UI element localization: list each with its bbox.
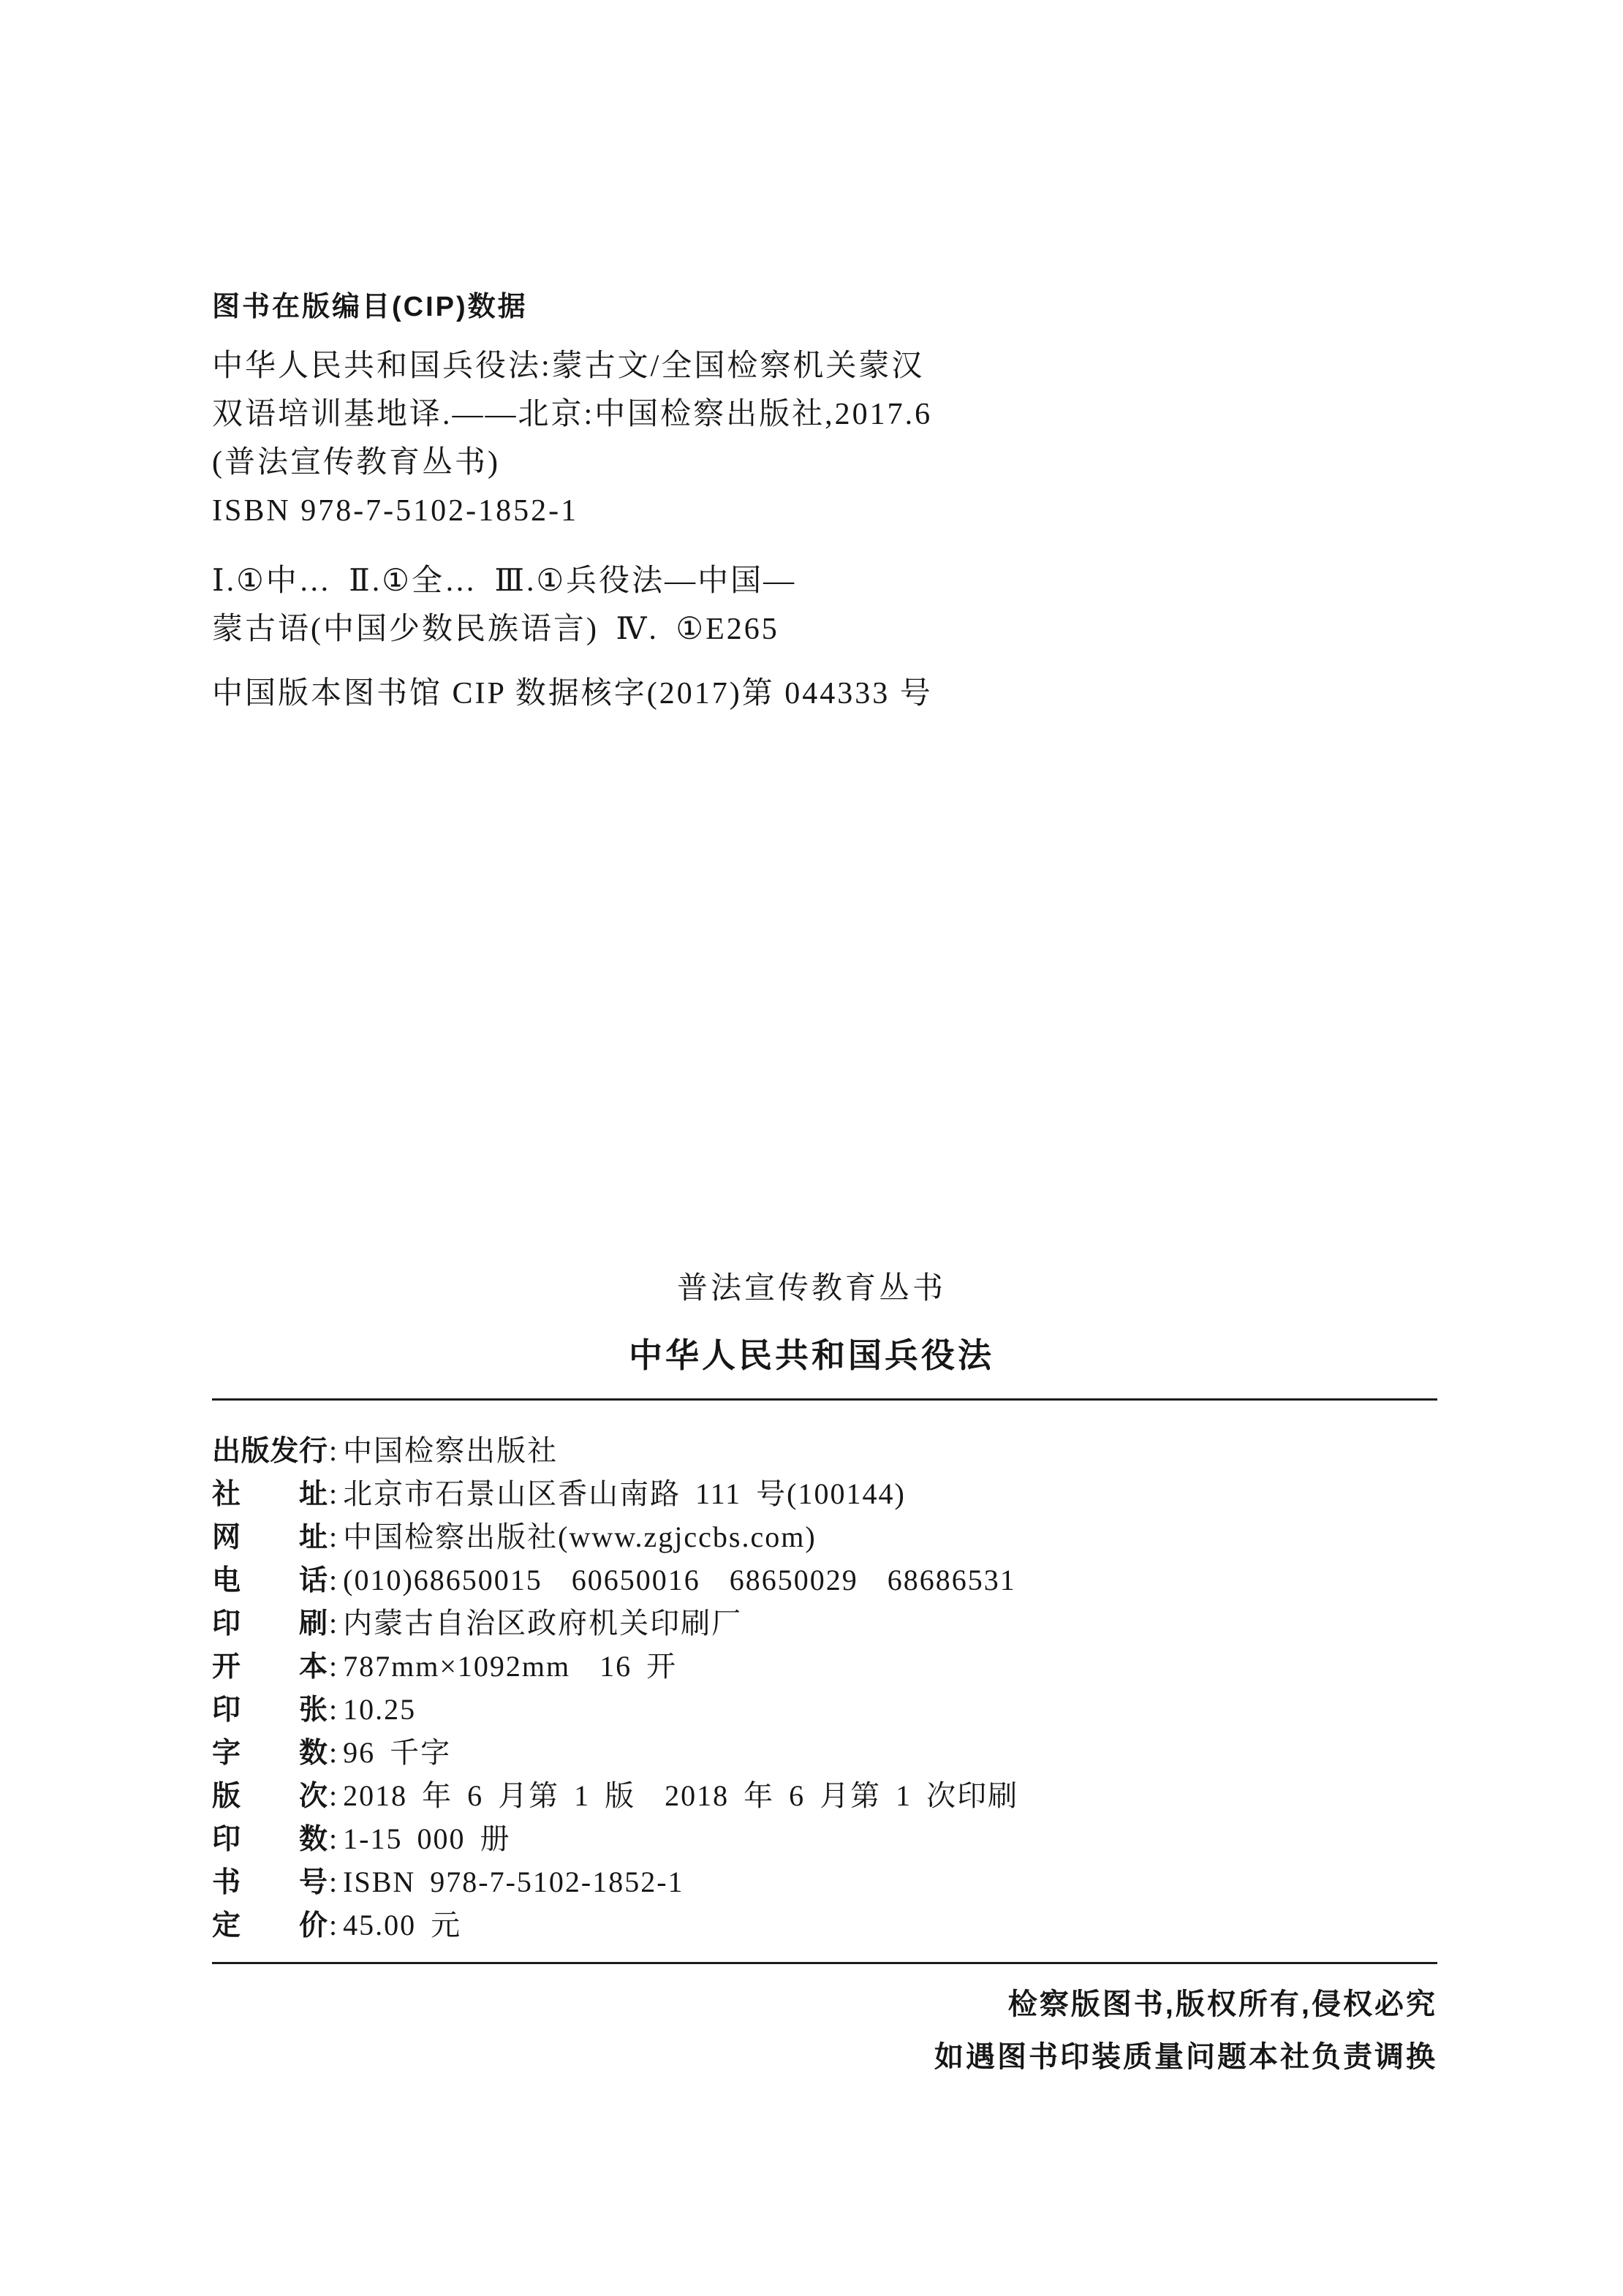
divider-line-top (212, 1398, 1437, 1401)
pubinfo-colon: : (328, 1473, 343, 1515)
pubinfo-row: 网址:中国检察出版社(www.zgjccbs.com) (212, 1516, 1437, 1559)
pubinfo-value: (010)68650015 60650016 68650029 68686531 (343, 1559, 1016, 1602)
cip-data-block: 图书在版编目(CIP)数据 中华人民共和国兵役法:蒙古文/全国检察机关蒙汉 双语… (212, 292, 1250, 718)
pubinfo-value: 787mm×1092mm 16 开 (343, 1645, 677, 1688)
pubinfo-value: 内蒙古自治区政府机关印刷厂 (343, 1602, 742, 1645)
pubinfo-value: 2018 年 6 月第 1 版 2018 年 6 月第 1 次印刷 (343, 1775, 1018, 1817)
pubinfo-label: 电话 (212, 1560, 328, 1602)
pubinfo-row: 电话:(010)68650015 60650016 68650029 68686… (212, 1559, 1437, 1602)
pubinfo-value: 1-15 000 册 (343, 1818, 510, 1860)
copyright-notice-line: 如遇图书印装质量问题本社负责调换 (934, 2031, 1437, 2083)
pubinfo-row: 印数:1-15 000 册 (212, 1818, 1437, 1861)
pubinfo-label: 社址 (212, 1474, 328, 1516)
pubinfo-label: 出版发行 (212, 1431, 328, 1473)
pubinfo-row: 定价:45.00 元 (212, 1904, 1437, 1947)
pubinfo-row: 印刷:内蒙古自治区政府机关印刷厂 (212, 1602, 1437, 1645)
pubinfo-label: 定价 (212, 1905, 328, 1947)
publication-info: 出版发行:中国检察出版社社址:北京市石景山区香山南路 111 号(100144)… (212, 1430, 1437, 1947)
pubinfo-value: 10.25 (343, 1689, 416, 1731)
pubinfo-row: 版次:2018 年 6 月第 1 版 2018 年 6 月第 1 次印刷 (212, 1775, 1437, 1818)
pubinfo-colon: : (328, 1602, 343, 1645)
pubinfo-colon: : (328, 1645, 343, 1688)
pubinfo-label: 开本 (212, 1646, 328, 1689)
pubinfo-colon: : (328, 1559, 343, 1602)
cip-isbn-line: ISBN 978-7-5102-1852-1 (212, 487, 1250, 535)
pubinfo-colon: : (328, 1818, 343, 1860)
series-title: 普法宣传教育丛书 (0, 1272, 1623, 1306)
cip-heading: 图书在版编目(CIP)数据 (212, 292, 1250, 322)
pubinfo-value: 45.00 元 (343, 1904, 461, 1947)
pubinfo-label: 印张 (212, 1689, 328, 1732)
pubinfo-value: 96 千字 (343, 1732, 451, 1774)
pubinfo-value: ISBN 978-7-5102-1852-1 (343, 1861, 684, 1903)
pubinfo-label: 印刷 (212, 1603, 328, 1645)
divider-line-bottom (212, 1962, 1437, 1964)
cip-description: 中华人民共和国兵役法:蒙古文/全国检察机关蒙汉 双语培训基地译.——北京:中国检… (212, 342, 1250, 535)
copyright-notice-line: 检察版图书,版权所有,侵权必究 (934, 1978, 1437, 2031)
pubinfo-colon: : (328, 1861, 343, 1903)
pubinfo-colon: : (328, 1904, 343, 1947)
pubinfo-value: 中国检察出版社(www.zgjccbs.com) (343, 1516, 817, 1558)
pubinfo-row: 出版发行:中国检察出版社 (212, 1430, 1437, 1473)
book-title: 中华人民共和国兵役法 (0, 1336, 1623, 1374)
pubinfo-label: 网址 (212, 1517, 328, 1559)
pubinfo-label: 印数 (212, 1819, 328, 1861)
pubinfo-value: 中国检察出版社 (343, 1430, 558, 1472)
cip-registry-line: 中国版本图书馆 CIP 数据核字(2017)第 044333 号 (212, 670, 1250, 718)
cip-description-line: 中华人民共和国兵役法:蒙古文/全国检察机关蒙汉 (212, 342, 1250, 390)
cip-classification: Ⅰ.①中… Ⅱ.①全… Ⅲ.①兵役法—中国— 蒙古语(中国少数民族语言) Ⅳ. … (212, 557, 1250, 653)
pubinfo-colon: : (328, 1689, 343, 1731)
pubinfo-row: 书号:ISBN 978-7-5102-1852-1 (212, 1861, 1437, 1904)
pubinfo-row: 社址:北京市石景山区香山南路 111 号(100144) (212, 1473, 1437, 1516)
pubinfo-label: 字数 (212, 1732, 328, 1775)
copyright-notice: 检察版图书,版权所有,侵权必究 如遇图书印装质量问题本社负责调换 (934, 1978, 1437, 2083)
pubinfo-row: 字数:96 千字 (212, 1732, 1437, 1775)
pubinfo-label: 版次 (212, 1776, 328, 1818)
cip-classification-line: 蒙古语(中国少数民族语言) Ⅳ. ①E265 (212, 605, 1250, 653)
pubinfo-colon: : (328, 1516, 343, 1558)
cip-description-line: (普法宣传教育丛书) (212, 439, 1250, 487)
pubinfo-colon: : (328, 1775, 343, 1817)
pubinfo-colon: : (328, 1430, 343, 1472)
cip-description-line: 双语培训基地译.——北京:中国检察出版社,2017.6 (212, 390, 1250, 439)
pubinfo-value: 北京市石景山区香山南路 111 号(100144) (343, 1473, 906, 1515)
cip-classification-line: Ⅰ.①中… Ⅱ.①全… Ⅲ.①兵役法—中国— (212, 557, 1250, 605)
colophon-page: 图书在版编目(CIP)数据 中华人民共和国兵役法:蒙古文/全国检察机关蒙汉 双语… (0, 0, 1623, 2296)
pubinfo-colon: : (328, 1732, 343, 1774)
pubinfo-label: 书号 (212, 1862, 328, 1904)
pubinfo-row: 印张:10.25 (212, 1689, 1437, 1732)
pubinfo-row: 开本:787mm×1092mm 16 开 (212, 1645, 1437, 1689)
